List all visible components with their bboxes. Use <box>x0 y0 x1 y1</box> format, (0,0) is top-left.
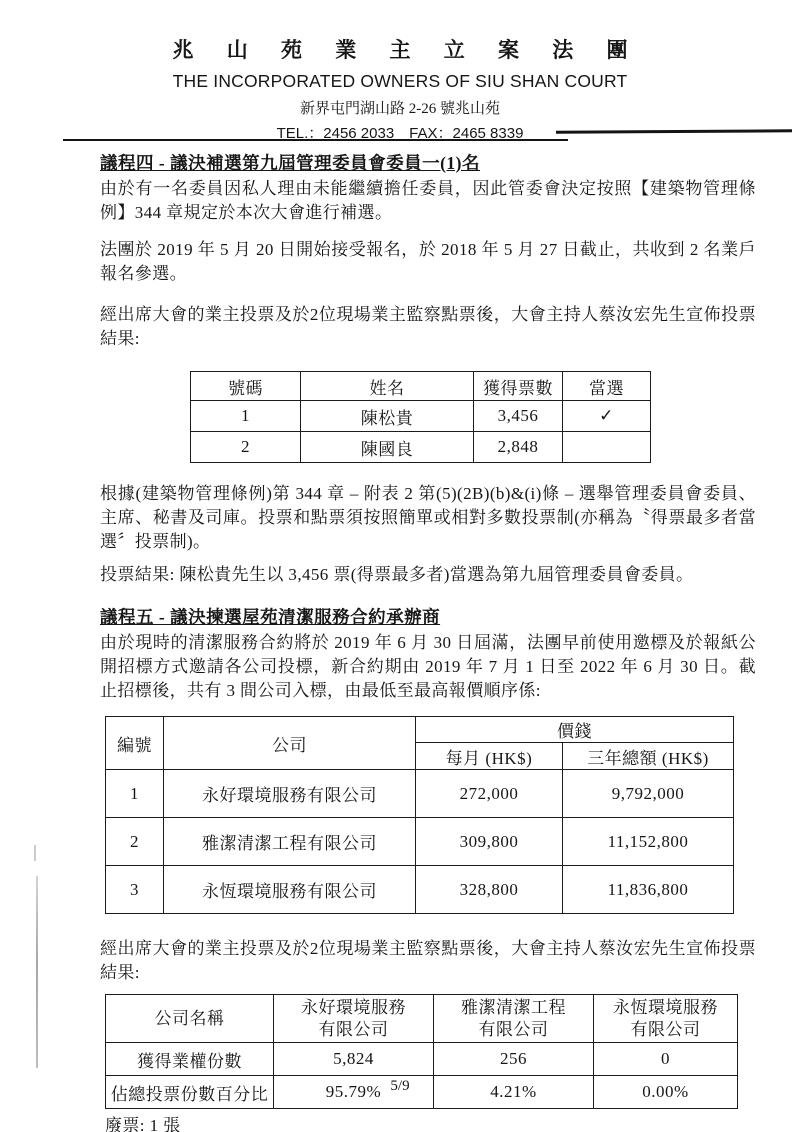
letterhead: 兆 山 苑 業 主 立 案 法 團 THE INCORPORATED OWNER… <box>0 0 800 143</box>
agenda5-title: 議程五 - 議決揀選屋苑清潔服務合約承辦商 <box>100 604 756 629</box>
cell-number: 2 <box>191 432 301 463</box>
cell-number: 1 <box>106 770 164 818</box>
col-header-monthly: 每月 (HK$) <box>416 743 563 770</box>
cell-number: 1 <box>191 401 301 432</box>
col-header-elected: 當選 <box>563 372 651 401</box>
cell-company: 永恆環境服務有限公司 <box>164 866 416 914</box>
tender-price-table: 編號 公司 價錢 每月 (HK$) 三年總額 (HK$) 1 永好環境服務有限公… <box>105 716 734 914</box>
col-header-number: 編號 <box>106 717 164 770</box>
table-row: 3 永恆環境服務有限公司 328,800 11,836,800 <box>106 866 734 914</box>
col-header-three-year: 三年總額 (HK$) <box>563 743 734 770</box>
agenda4-paragraph-4: 根據(建築物管理條例)第 344 章 – 附表 2 第(5)(2B)(b)&(i… <box>100 482 756 554</box>
col-header-company-name: 公司名稱 <box>106 995 274 1043</box>
cell-monthly: 272,000 <box>416 770 563 818</box>
document-page: 兆 山 苑 業 主 立 案 法 團 THE INCORPORATED OWNER… <box>0 0 800 1132</box>
cell-votes: 2,848 <box>474 432 563 463</box>
agenda4-paragraph-2: 法團於 2019 年 5 月 20 日開始接受報名，於 2018 年 5 月 2… <box>100 238 756 286</box>
agenda4-result-paragraph: 投票結果: 陳松貴先生以 3,456 票(得票最多者)當選為第九屆管理委員會委員… <box>100 563 756 587</box>
table-row: 獲得業權份數 5,824 256 0 <box>106 1043 738 1076</box>
agenda4-title: 議程四 - 議決補選第九屆管理委員會委員一(1)名 <box>100 150 756 175</box>
cell-shares: 5,824 <box>274 1043 434 1076</box>
election-result-table: 號碼 姓名 獲得票數 當選 1 陳松貴 3,456 ✓ 2 陳國良 2,848 <box>190 371 651 463</box>
table-row: 2 雅潔清潔工程有限公司 309,800 11,152,800 <box>106 818 734 866</box>
agenda5-paragraph-1: 由於現時的清潔服務合約將於 2019 年 6 月 30 日屆滿，法團早前使用邀標… <box>100 631 756 703</box>
document-body: 議程四 - 議決補選第九屆管理委員會委員一(1)名 由於有一名委員因私人理由未能… <box>100 150 756 1132</box>
agenda4-paragraph-1: 由於有一名委員因私人理由未能繼續擔任委員，因此管委會決定按照【建築物管理條例】3… <box>100 177 756 225</box>
col-header-name: 姓名 <box>301 372 474 401</box>
cell-monthly: 328,800 <box>416 866 563 914</box>
col-header-number: 號碼 <box>191 372 301 401</box>
table-row: 1 永好環境服務有限公司 272,000 9,792,000 <box>106 770 734 818</box>
col-header-company: 公司 <box>164 717 416 770</box>
cell-number: 2 <box>106 818 164 866</box>
col-header-company-1: 永好環境服務 有限公司 <box>274 995 434 1043</box>
cell-shares: 256 <box>434 1043 594 1076</box>
cell-elected-checkmark: ✓ <box>563 401 651 432</box>
col-header-votes: 獲得票數 <box>474 372 563 401</box>
cell-three-year: 9,792,000 <box>563 770 734 818</box>
cell-elected-empty <box>563 432 651 463</box>
table-row: 1 陳松貴 3,456 ✓ <box>191 401 651 432</box>
col-header-price-group: 價錢 <box>416 717 734 743</box>
scan-artifact-dash <box>34 845 36 861</box>
org-name-english: THE INCORPORATED OWNERS OF SIU SHAN COUR… <box>0 71 800 92</box>
row-label-shares: 獲得業權份數 <box>106 1043 274 1076</box>
org-name-chinese: 兆 山 苑 業 主 立 案 法 團 <box>0 34 800 64</box>
table-header-row: 編號 公司 價錢 <box>106 717 734 743</box>
page-number: 5/9 <box>0 1078 800 1095</box>
table-row: 2 陳國良 2,848 <box>191 432 651 463</box>
cell-three-year: 11,836,800 <box>563 866 734 914</box>
cell-number: 3 <box>106 866 164 914</box>
cell-name: 陳國良 <box>301 432 474 463</box>
cell-name: 陳松貴 <box>301 401 474 432</box>
col-header-company-2: 雅潔清潔工程 有限公司 <box>434 995 594 1043</box>
table-header-row: 號碼 姓名 獲得票數 當選 <box>191 372 651 401</box>
org-address: 新界屯門湖山路 2-26 號兆山苑 <box>0 97 800 118</box>
header-divider-left <box>63 139 568 141</box>
cell-monthly: 309,800 <box>416 818 563 866</box>
table-header-row: 公司名稱 永好環境服務 有限公司 雅潔清潔工程 有限公司 永恆環境服務 有限公司 <box>106 995 738 1043</box>
agenda5-paragraph-2: 經出席大會的業主投票及於2位現場業主監察點票後，大會主持人蔡汝宏先生宣佈投票結果… <box>100 937 756 985</box>
cell-company: 雅潔清潔工程有限公司 <box>164 818 416 866</box>
scan-artifact-line <box>36 876 38 1068</box>
cell-votes: 3,456 <box>474 401 563 432</box>
cell-company: 永好環境服務有限公司 <box>164 770 416 818</box>
col-header-company-3: 永恆環境服務 有限公司 <box>594 995 738 1043</box>
cell-three-year: 11,152,800 <box>563 818 734 866</box>
cell-shares: 0 <box>594 1043 738 1076</box>
void-ballots-note: 廢票: 1 張 <box>105 1114 756 1132</box>
agenda4-paragraph-3: 經出席大會的業主投票及於2位現場業主監察點票後，大會主持人蔡汝宏先生宣佈投票結果… <box>100 303 756 351</box>
